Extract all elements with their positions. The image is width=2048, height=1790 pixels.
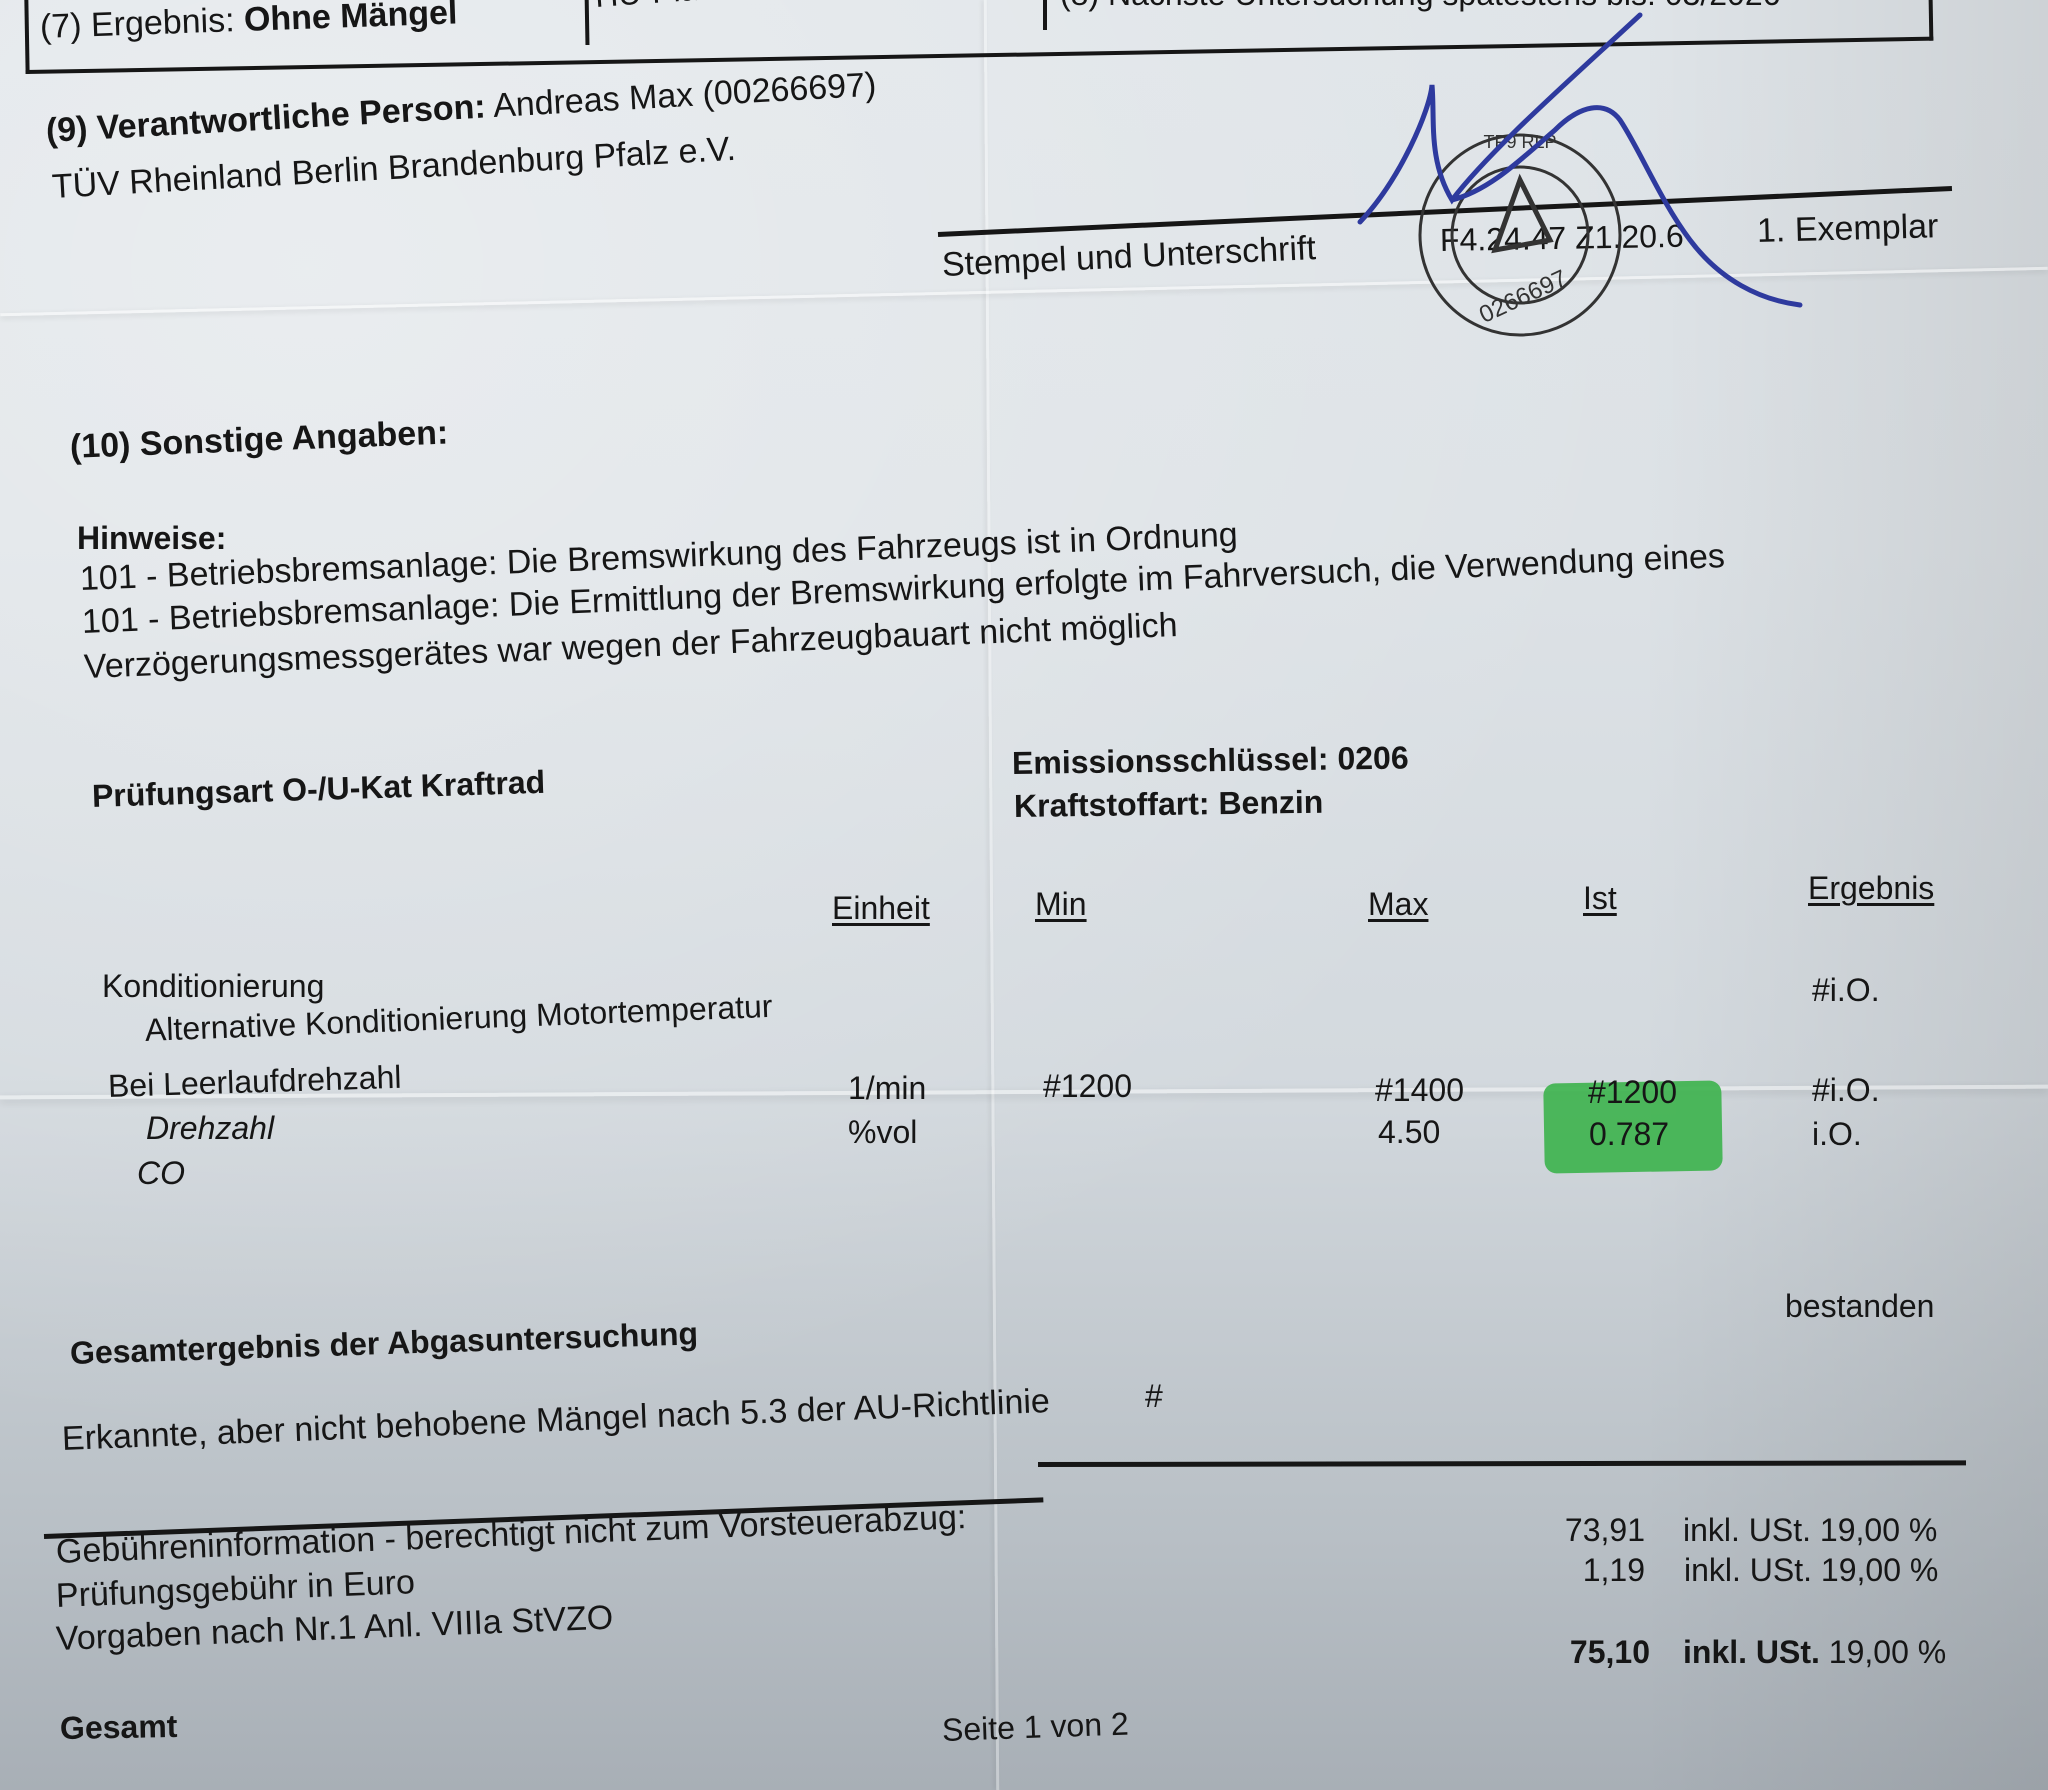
test-type: Prüfungsart O-/U-Kat Kraftrad — [91, 764, 545, 815]
row-max: 4.50 — [1378, 1114, 1440, 1151]
row-actual: #1200 — [1588, 1074, 1677, 1111]
overall-result-value: bestanden — [1785, 1288, 1934, 1325]
row-label: CO — [137, 1155, 185, 1192]
page-number: Seite 1 von 2 — [941, 1705, 1129, 1748]
row-result: i.O. — [1812, 1116, 1862, 1153]
row-max: #1400 — [1375, 1072, 1464, 1109]
header-box-divider — [1043, 0, 1047, 30]
fees-rule — [1038, 1460, 1966, 1467]
responsible-label: (9) Verantwortliche Person: — [45, 87, 487, 150]
fee-tax: inkl. USt. 19,00 % — [1683, 1512, 1937, 1549]
defects-label: Erkannte, aber nicht behobene Mängel nac… — [61, 1382, 1050, 1459]
responsible-person: (9) Verantwortliche Person: Andreas Max … — [45, 66, 877, 151]
row-result: #i.O. — [1812, 1072, 1880, 1109]
header-box-divider — [585, 0, 590, 45]
total-label: Gesamt — [60, 1708, 178, 1747]
fuel-type: Kraftstoffart: Benzin — [1014, 784, 1324, 825]
row-label: Drehzahl — [146, 1110, 274, 1147]
row-result: #i.O. — [1812, 972, 1880, 1009]
signature-label: Stempel und Unterschrift — [941, 229, 1317, 285]
column-header-unit: Einheit — [832, 890, 930, 927]
total-amount: 75,10 — [1550, 1634, 1650, 1671]
result-label: (7) Ergebnis: — [39, 1, 235, 46]
responsible-name: Andreas Max (00266697) — [492, 66, 877, 125]
total-tax-rate: 19,00 % — [1829, 1634, 1946, 1670]
signature-scribble-icon — [1340, 0, 1900, 320]
emission-key: Emissionsschlüssel: 0206 — [1012, 739, 1409, 782]
total-tax: inkl. USt. 19,00 % — [1683, 1634, 1946, 1671]
column-header-actual: Ist — [1583, 880, 1617, 917]
row-label: Bei Leerlaufdrehzahl — [107, 1059, 402, 1105]
column-header-max: Max — [1368, 886, 1428, 923]
hints-label: Hinweise: — [77, 520, 226, 557]
fees-title: Gebühreninformation - berechtigt nicht z… — [55, 1498, 967, 1572]
overall-result-label: Gesamtergebnis der Abgasuntersuchung — [69, 1315, 698, 1372]
row-unit: %vol — [848, 1114, 917, 1151]
total-tax-label: inkl. USt. — [1683, 1634, 1820, 1670]
other-info-title: (10) Sonstige Angaben: — [69, 413, 449, 466]
fee-amount: 1,19 — [1553, 1552, 1645, 1589]
column-header-result: Ergebnis — [1808, 870, 1934, 907]
row-min: #1200 — [1043, 1068, 1132, 1105]
fee-amount: 73,91 — [1553, 1512, 1645, 1549]
row-label: Konditionierung — [102, 968, 324, 1005]
column-header-min: Min — [1035, 886, 1087, 923]
row-actual: 0.787 — [1589, 1116, 1669, 1153]
defects-value: # — [1145, 1378, 1163, 1415]
result-value: Ohne Mängel — [243, 0, 458, 39]
row-unit: 1/min — [848, 1070, 926, 1107]
fee-tax: inkl. USt. 19,00 % — [1684, 1552, 1938, 1589]
